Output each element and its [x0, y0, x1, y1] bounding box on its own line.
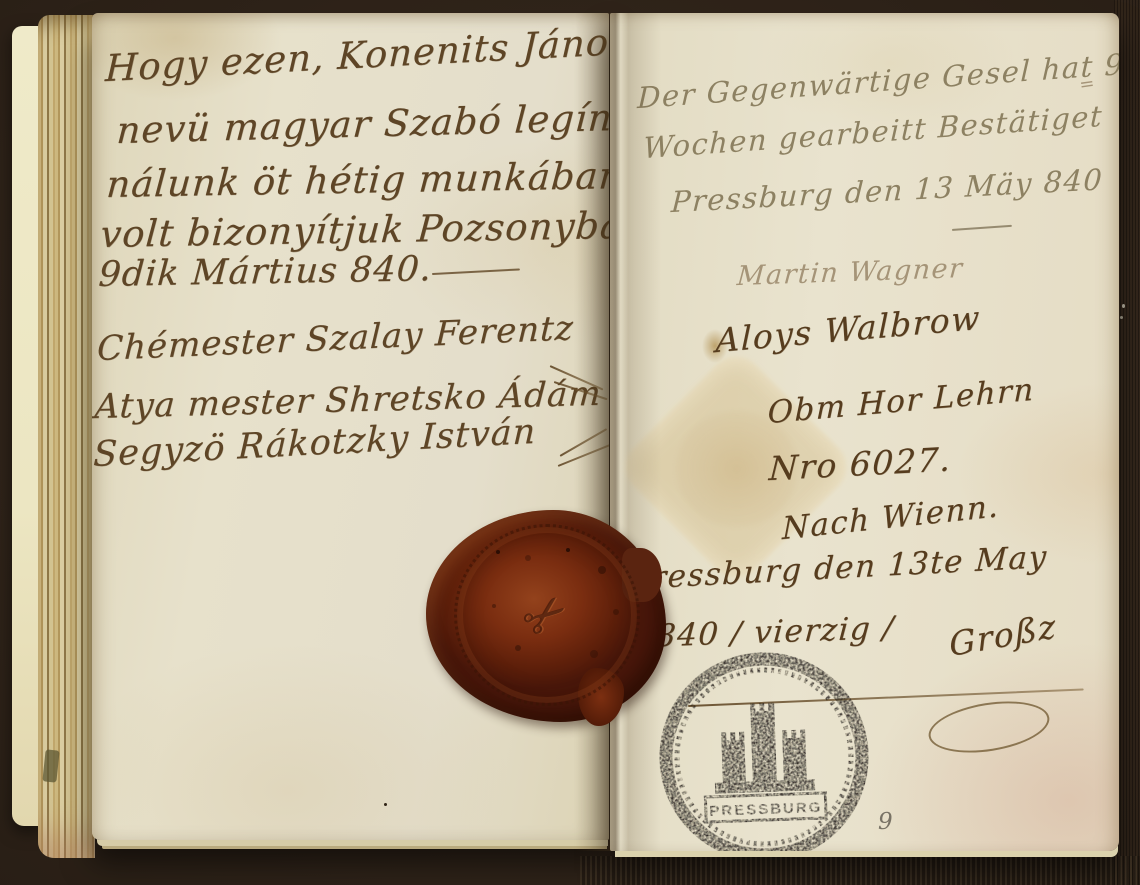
underline-pozsony	[432, 268, 520, 275]
cover-bottom-edge	[580, 856, 1140, 885]
hu-line-5: 9dik Mártius 840.	[97, 249, 433, 295]
flourish-stroke	[558, 444, 609, 467]
cover-fleck	[1120, 316, 1123, 319]
pencil-number: 9	[878, 809, 893, 835]
hu-line-2: nevü magyar Szabó legíny	[115, 95, 609, 152]
right-page: Der Gegenwärtige Gesel hat 9 = Wochen ge…	[610, 13, 1119, 851]
hu-line-4: volt bizonyítjuk Pozsonyban	[99, 203, 609, 256]
signature-wagner: Martin Wagner	[736, 253, 965, 292]
hu-line-3: nálunk öt hétig munkában	[105, 154, 609, 206]
signature-grosz: Großz	[948, 606, 1058, 664]
de-line-9: Pressburg den 13te May	[628, 539, 1048, 597]
hu-line-6: Chémester Szalay Ferentz	[96, 308, 574, 369]
de-line-3: Pressburg den 13 Mäy 840	[670, 162, 1104, 219]
margin-mark: =	[1078, 73, 1097, 96]
flourish-loop	[925, 694, 1053, 760]
de-line-7: Nro 6027.	[768, 439, 953, 488]
flourish-stroke	[560, 428, 608, 457]
cover-fleck	[1122, 304, 1125, 308]
ink-speckles	[384, 803, 387, 806]
wax-seal: ✂	[426, 510, 666, 722]
pressburg-ink-stamp: PRESSBURG	[652, 645, 875, 851]
wanderbuch-spread: Hogy ezen, Konenits János nevü magyar Sz…	[0, 0, 1140, 885]
stamp-graphic: PRESSBURG	[652, 645, 875, 851]
stamp-city-text: PRESSBURG	[709, 799, 823, 820]
underline-840	[952, 225, 1012, 231]
signature-walbrow: Aloys Walbrow	[715, 298, 981, 360]
hu-line-1: Hogy ezen, Konenits János	[104, 20, 609, 91]
page-edge-stack	[38, 15, 95, 858]
de-line-6: Obm Hor Lehrn	[767, 372, 1035, 432]
